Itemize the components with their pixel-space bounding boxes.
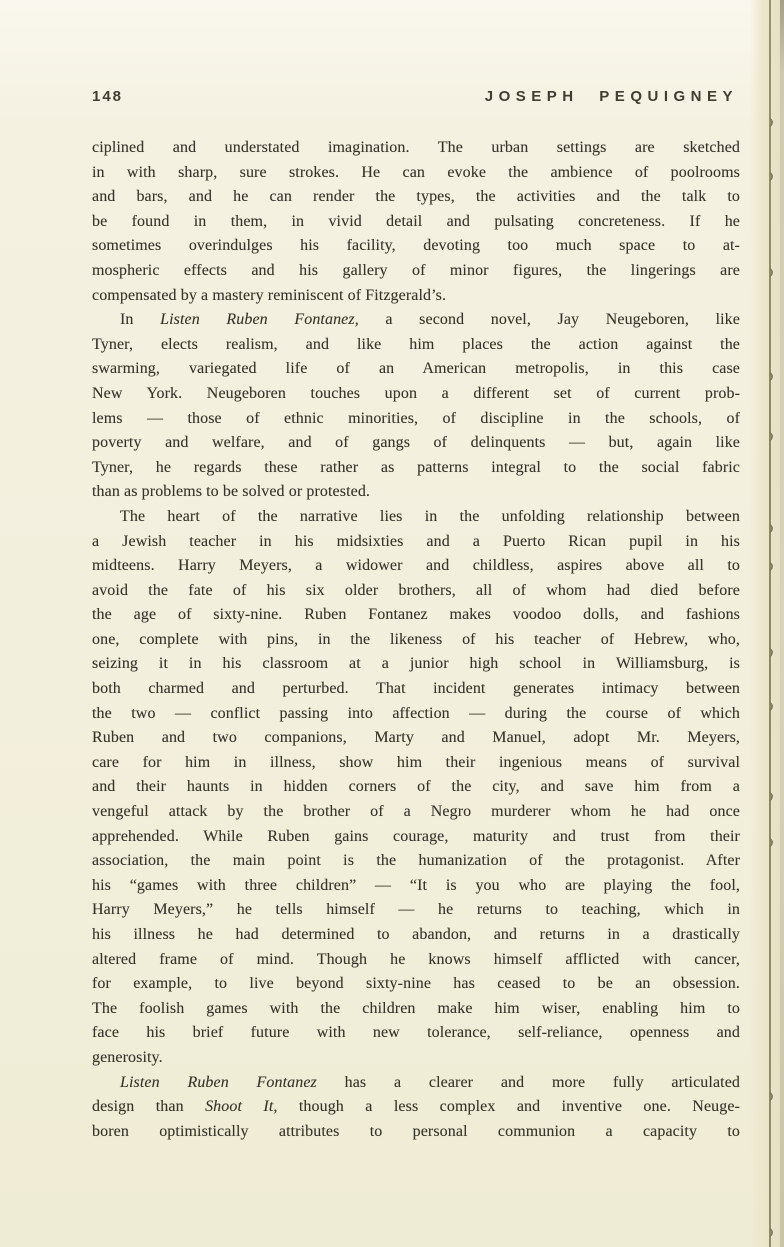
text-line: design than Shoot It, though a less comp… <box>92 1095 740 1120</box>
text-line: The foolish games with the children make… <box>92 997 740 1022</box>
text-line: face his brief future with new tolerance… <box>92 1021 740 1046</box>
running-header-title: JOSEPH PEQUIGNEY <box>485 88 738 105</box>
text-line: his illness he had determined to abandon… <box>92 923 740 948</box>
text-line: Tyner, elects realism, and like him plac… <box>92 333 740 358</box>
page-edge-mark <box>765 1092 773 1101</box>
text-line: swarming, variegated life of an American… <box>92 357 740 382</box>
text-line: Tyner, he regards these rather as patter… <box>92 456 740 481</box>
page-edge-mark <box>765 172 773 181</box>
text-line: Ruben and two companions, Marty and Manu… <box>92 726 740 751</box>
text-line: midteens. Harry Meyers, a widower and ch… <box>92 554 740 579</box>
page-edge-mark <box>765 372 773 381</box>
text-line: the age of sixty-nine. Ruben Fontanez ma… <box>92 603 740 628</box>
page-edge-mark <box>765 268 773 277</box>
text-line: mospheric effects and his gallery of min… <box>92 259 740 284</box>
page-edge-mark <box>765 562 773 571</box>
page-edge-mark <box>765 524 773 533</box>
text-line: altered frame of mind. Though he knows h… <box>92 948 740 973</box>
page-edge-mark <box>765 432 773 441</box>
text-line: apprehended. While Ruben gains courage, … <box>92 825 740 850</box>
text-line: the two — conflict passing into affectio… <box>92 702 740 727</box>
text-line: boren optimistically attributes to perso… <box>92 1120 740 1145</box>
page-edge-mark <box>765 118 773 127</box>
page-number: 148 <box>92 88 123 105</box>
page-edge-mark <box>765 792 773 801</box>
text-line: and bars, and he can render the types, t… <box>92 185 740 210</box>
text-line: association, the main point is the human… <box>92 849 740 874</box>
text-line: his “games with three children” — “It is… <box>92 874 740 899</box>
book-page-edge <box>750 0 784 1247</box>
page-edge-mark <box>765 702 773 711</box>
text-line: both charmed and perturbed. That inciden… <box>92 677 740 702</box>
text-line: than as problems to be solved or protest… <box>92 480 740 505</box>
page-edge-mark <box>765 648 773 657</box>
text-line: The heart of the narrative lies in the u… <box>92 505 740 530</box>
text-line: poverty and welfare, and of gangs of del… <box>92 431 740 456</box>
text-line: and their haunts in hidden corners of th… <box>92 775 740 800</box>
running-head: 148 JOSEPH PEQUIGNEY <box>92 88 738 105</box>
text-line: Listen Ruben Fontanez has a clearer and … <box>92 1071 740 1096</box>
text-line: for example, to live beyond sixty-nine h… <box>92 972 740 997</box>
page-edge-mark <box>765 1228 773 1237</box>
text-line: one, complete with pins, in the likeness… <box>92 628 740 653</box>
text-line: sometimes overindulges his facility, dev… <box>92 234 740 259</box>
text-line: lems — those of ethnic minorities, of di… <box>92 407 740 432</box>
book-page-scan: 148 JOSEPH PEQUIGNEY ciplined and unders… <box>0 0 784 1247</box>
text-line: avoid the fate of his six older brothers… <box>92 579 740 604</box>
text-line: In Listen Ruben Fontanez, a second novel… <box>92 308 740 333</box>
text-line: seizing it in his classroom at a junior … <box>92 652 740 677</box>
page-edge-shading <box>780 0 784 1247</box>
text-line: care for him in illness, show him their … <box>92 751 740 776</box>
text-line: New York. Neugeboren touches upon a diff… <box>92 382 740 407</box>
text-line: ciplined and understated imagination. Th… <box>92 136 740 161</box>
text-line: generosity. <box>92 1046 740 1071</box>
text-line: be found in them, in vivid detail and pu… <box>92 210 740 235</box>
body-text: ciplined and understated imagination. Th… <box>92 136 740 1144</box>
text-line: Harry Meyers,” he tells himself — he ret… <box>92 898 740 923</box>
text-line: compensated by a mastery reminiscent of … <box>92 284 740 309</box>
text-line: vengeful attack by the brother of a Negr… <box>92 800 740 825</box>
page-edge-line <box>769 0 771 1247</box>
text-line: in with sharp, sure strokes. He can evok… <box>92 161 740 186</box>
page-edge-mark <box>765 838 773 847</box>
text-line: a Jewish teacher in his midsixties and a… <box>92 530 740 555</box>
